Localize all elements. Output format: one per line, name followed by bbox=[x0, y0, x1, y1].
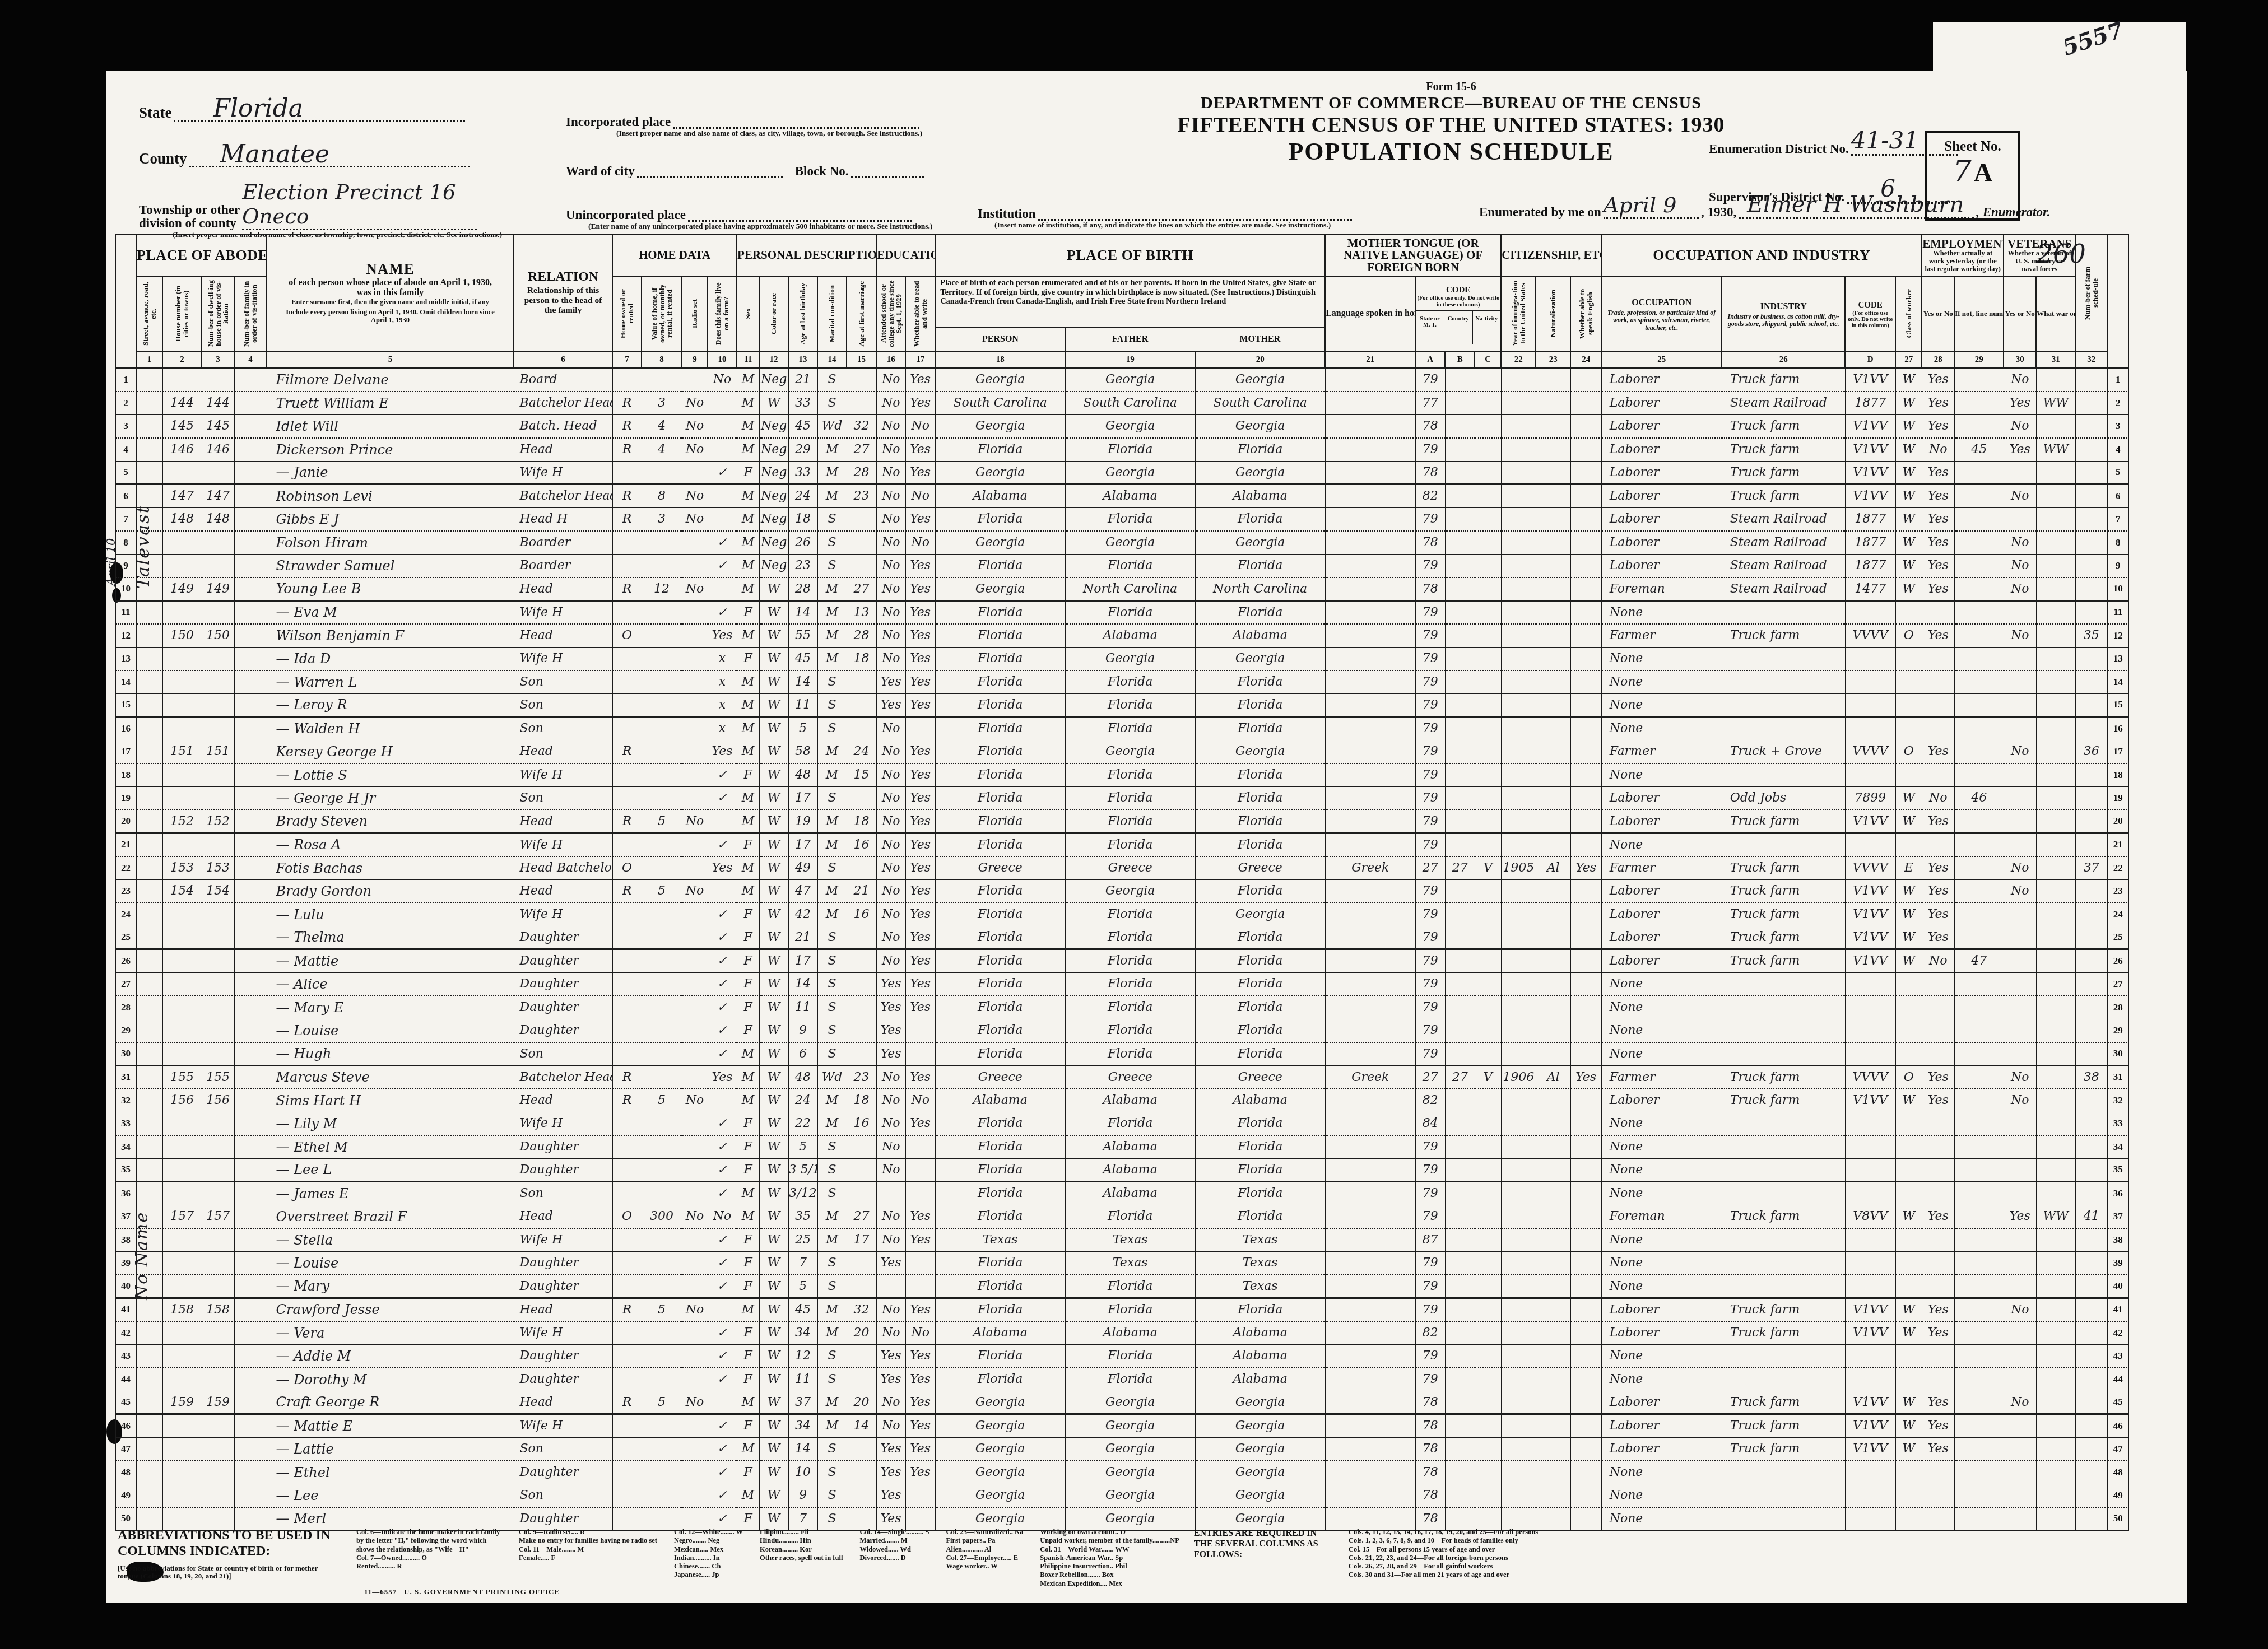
col-value-head: Value of home, if owned, or monthly rent… bbox=[642, 276, 682, 351]
table-row: 24— LuluWife H✓FW42M16NoYesFloridaFlorid… bbox=[115, 903, 2128, 926]
occupation-industry-group: OCCUPATION AND INDUSTRY bbox=[1601, 235, 1922, 276]
population-schedule-table: PLACE OF ABODE NAME of each person whose… bbox=[115, 234, 2129, 1531]
entries-item: Col. 15—For all persons 15 years of age … bbox=[1349, 1545, 1538, 1554]
abbrev-block: Col. 9—Radio set.... RMake no entry for … bbox=[519, 1528, 657, 1588]
col-vet-war-head: What war or expedition? bbox=[2036, 276, 2075, 351]
table-row: 43— Addie MDaughter✓FW12SYesYesFloridaFl… bbox=[115, 1344, 2128, 1368]
personal-description-group: PERSONAL DESCRIPTION bbox=[737, 235, 876, 276]
table-row: 41158158Crawford JesseHeadR5NoMW45M32NoY… bbox=[115, 1298, 2128, 1321]
abbrev-block: Working on own account.. OUnpaid worker,… bbox=[1040, 1528, 1179, 1588]
table-row: 17151151Kersey George HHeadRYesMW58M24No… bbox=[115, 740, 2128, 763]
table-row: 39— LouiseDaughter✓FW7SYesFloridaTexasTe… bbox=[115, 1251, 2128, 1275]
column-number: 23 bbox=[1536, 351, 1570, 368]
table-row: 36— James ESon✓MW3/12SFloridaAlabamaFlor… bbox=[115, 1182, 2128, 1205]
abbrev-block: Filipino......... FilHindu........... Hi… bbox=[760, 1528, 843, 1588]
column-number: 19 bbox=[1065, 351, 1195, 368]
column-number: 6 bbox=[514, 351, 612, 368]
col-school-head: Attended school or college any time sinc… bbox=[876, 276, 905, 351]
entries-item: Cols. 26, 27, 28, and 29—For all gainful… bbox=[1349, 1562, 1538, 1571]
table-row: 1Filmore DelvaneBoardNoMNeg21SNoYesGeorg… bbox=[115, 368, 2128, 392]
census-sheet: 5557 State Florida County Manatee Townsh… bbox=[106, 71, 2187, 1603]
table-row: 29— LouiseDaughter✓FW9SYesFloridaFlorida… bbox=[115, 1019, 2128, 1042]
sd-label: Supervisor's District No. bbox=[1709, 190, 1844, 204]
pob-person-head: PERSON bbox=[936, 328, 1065, 351]
col-sex-head: Sex bbox=[737, 276, 759, 351]
entries-item: Cols. 4, 11, 12, 13, 14, 16, 17, 18, 19,… bbox=[1349, 1528, 1538, 1536]
institution-label: Institution bbox=[978, 207, 1036, 221]
col-color-head: Color or race bbox=[759, 276, 788, 351]
column-number: B bbox=[1445, 351, 1475, 368]
col-read-write-head: Whether able to read and write bbox=[905, 276, 935, 351]
table-row: 38— StellaWife H✓FW25M17NoYesTexasTexasT… bbox=[115, 1228, 2128, 1252]
col-owned-head: Home owned or rented bbox=[612, 276, 642, 351]
pob-mother-head: MOTHER bbox=[1195, 328, 1324, 351]
county-value: Manatee bbox=[220, 140, 330, 169]
col-age-marriage-head: Age at first marriage bbox=[847, 276, 876, 351]
county-field: County Manatee bbox=[139, 143, 470, 167]
name-column-head: NAME of each person whose place of abode… bbox=[267, 235, 514, 351]
column-number: 26 bbox=[1722, 351, 1845, 368]
abbrev-block: Col. 12—White........ WNegro........ Neg… bbox=[674, 1528, 743, 1588]
education-group: EDUCATION bbox=[876, 235, 935, 276]
form-number: Form 15-6 bbox=[1087, 81, 1815, 94]
entries-item: Cols. 30 and 31—For all men 21 years of … bbox=[1349, 1571, 1538, 1579]
employment-group: EMPLOYMENT Whether actually at work yest… bbox=[1922, 235, 2004, 276]
corner-scribble: 5557 bbox=[2059, 17, 2126, 61]
ward-field: Ward of city Block No. bbox=[566, 165, 924, 178]
col-age-head: Age at last birthday bbox=[788, 276, 817, 351]
table-row: 46— Mattie EWife H✓FW34M14NoYesGeorgiaGe… bbox=[115, 1414, 2128, 1438]
column-number: C bbox=[1475, 351, 1501, 368]
census-scan-page: { "form": { "form_no": "Form 15-6", "dep… bbox=[0, 0, 2268, 1649]
table-row: 18— Lottie SWife H✓FW48M15NoYesFloridaFl… bbox=[115, 763, 2128, 787]
table-row: 23154154Brady GordonHeadR5NoMW47M21NoYes… bbox=[115, 879, 2128, 903]
place-of-abode-group: PLACE OF ABODE bbox=[136, 235, 267, 276]
sheet-value: 7 bbox=[1953, 155, 1972, 188]
code-abc-head: CODE (For office use only. Do not write … bbox=[1415, 276, 1501, 351]
table-row: 34— Ethel MDaughter✓FW5SNoFloridaAlabama… bbox=[115, 1135, 2128, 1159]
state-label: State bbox=[139, 104, 171, 121]
col-language-head: Language spoken in home before coming to… bbox=[1325, 276, 1415, 351]
column-number: 3 bbox=[202, 351, 234, 368]
column-number: 16 bbox=[876, 351, 905, 368]
abbrev-block: Col. 14—Single.......... SMarried.......… bbox=[859, 1528, 929, 1588]
line-number-column-head bbox=[115, 235, 136, 368]
column-number: 31 bbox=[2036, 351, 2075, 368]
township-field: Township or other division of county Ele… bbox=[139, 180, 502, 239]
footer-abbreviations: ABBREVIATIONS TO BE USED IN COLUMNS INDI… bbox=[118, 1528, 2168, 1588]
table-row: 49— LeeSon✓MW9SYesGeorgiaGeorgiaGeorgia7… bbox=[115, 1484, 2128, 1507]
table-row: 33— Lily MWife H✓FW22M16NoYesFloridaFlor… bbox=[115, 1112, 2128, 1135]
table-row: 48— EthelDaughter✓FW10SYesYesGeorgiaGeor… bbox=[115, 1461, 2128, 1484]
abbrev-blocks: Col. 6—Indicate the home-maker in each f… bbox=[356, 1528, 1179, 1588]
column-number: 18 bbox=[935, 351, 1065, 368]
table-row: 7148148Gibbs E JHead HR3NoMNeg18SNoYesFl… bbox=[115, 507, 2128, 531]
entries-item: Cols. 1, 2, 3, 6, 7, 8, 9, and 10—For he… bbox=[1349, 1536, 1538, 1545]
col-industry-head: INDUSTRY Industry or business, as cotton… bbox=[1722, 276, 1845, 351]
code-c-head: Na-tivity bbox=[1472, 311, 1501, 344]
sheet-label: Sheet No. bbox=[1927, 139, 2018, 155]
enumerated-label: Enumerated by me on bbox=[1479, 205, 1601, 219]
column-number: 20 bbox=[1195, 351, 1325, 368]
schedule-title: POPULATION SCHEDULE bbox=[1087, 137, 1815, 166]
column-number: 25 bbox=[1601, 351, 1722, 368]
abbrev-block: Col. 23—Naturalized.. NaFirst papers.. P… bbox=[946, 1528, 1023, 1588]
form-title-block: Form 15-6 DEPARTMENT OF COMMERCE—BUREAU … bbox=[1087, 81, 1815, 166]
column-number: 12 bbox=[759, 351, 788, 368]
unincorporated-note: (Enter name of any unincorporated place … bbox=[588, 222, 932, 231]
table-row: 3145145Idlet WillBatch. HeadR4NoMNeg45Wd… bbox=[115, 414, 2128, 438]
table-row: 14— Warren LSonxMW14SYesYesFloridaFlorid… bbox=[115, 670, 2128, 694]
table-row: 5— JanieWife H✓FNeg33M28NoYesGeorgiaGeor… bbox=[115, 461, 2128, 485]
table-row: 15— Leroy RSonxMW11SYesYesFloridaFlorida… bbox=[115, 693, 2128, 717]
incorporated-note: (Insert proper name and also name of cla… bbox=[616, 129, 922, 138]
table-row: 50— MerlDaughter✓FW7SYesGeorgiaGeorgiaGe… bbox=[115, 1507, 2128, 1531]
table-row: 45159159Craft George RHeadR5NoMW37M20NoY… bbox=[115, 1391, 2128, 1414]
table-row: 37157157Overstreet Brazil FHeadO300NoNoM… bbox=[115, 1205, 2128, 1228]
col-immigration-head: Year of immigra-tion to the United State… bbox=[1501, 276, 1536, 351]
col-farm-head: Does this family live on a farm? bbox=[708, 276, 737, 351]
home-data-group: HOME DATA bbox=[612, 235, 737, 276]
table-row: 25— ThelmaDaughter✓FW21SNoYesFloridaFlor… bbox=[115, 926, 2128, 949]
table-row: 19— George H JrSon✓MW17SNoYesFloridaFlor… bbox=[115, 786, 2128, 810]
table-row: 21— Rosa AWife H✓FW17M16NoYesFloridaFlor… bbox=[115, 833, 2128, 856]
table-row: 40— MaryDaughter✓FW5SFloridaFloridaTexas… bbox=[115, 1275, 2128, 1298]
table-row: 47— LattieSon✓MW14SYesYesGeorgiaGeorgiaG… bbox=[115, 1437, 2128, 1461]
ed-label: Enumeration District No. bbox=[1709, 142, 1849, 156]
column-number: 27 bbox=[1895, 351, 1922, 368]
table-row: 35— Lee LDaughter✓FW3 5/12SNoFloridaAlab… bbox=[115, 1158, 2128, 1182]
township-label: Township or other bbox=[139, 203, 240, 217]
code-b-head: Country bbox=[1444, 311, 1472, 344]
column-number: D bbox=[1845, 351, 1895, 368]
gpo-print-code: 11—6557 U. S. GOVERNMENT PRINTING OFFICE bbox=[364, 1587, 560, 1596]
ed-field: Enumeration District No. 41-31 bbox=[1709, 127, 1958, 156]
table-row: 12150150Wilson Benjamin FHeadOYesMW55M28… bbox=[115, 624, 2128, 648]
column-number: A bbox=[1415, 351, 1445, 368]
column-number-row: 123456789101112131415161718192021ABC2223… bbox=[115, 351, 2128, 368]
census-rows: 1Filmore DelvaneBoardNoMNeg21SNoYesGeorg… bbox=[115, 368, 2128, 1530]
column-number: 30 bbox=[2004, 351, 2036, 368]
township-value: Election Precinct 16 Oneco bbox=[242, 180, 456, 229]
col-radio-head: Radio set bbox=[682, 276, 708, 351]
col-vet-yesno-head: Yes or No bbox=[2004, 276, 2036, 351]
institution-field: Institution (Insert name of institution,… bbox=[978, 207, 1352, 230]
table-row: 9Strawder SamuelBoarder✓MNeg23SNoYesFlor… bbox=[115, 554, 2128, 577]
mother-tongue-group: MOTHER TONGUE (OR NATIVE LANGUAGE) OF FO… bbox=[1325, 235, 1501, 276]
column-number: 2 bbox=[162, 351, 202, 368]
table-row: 8Folson HiramBoarder✓MNeg26SNoNoGeorgiaG… bbox=[115, 531, 2128, 555]
col-dwelling-head: Num-ber of dwell-ing house in order of v… bbox=[202, 276, 234, 351]
table-row: 44— Dorothy MDaughter✓FW11SYesYesFlorida… bbox=[115, 1368, 2128, 1391]
place-of-birth-subhead: Place of birth of each person enumerated… bbox=[935, 276, 1325, 351]
entries-item: Cols. 21, 22, 23, and 24—For all foreign… bbox=[1349, 1554, 1538, 1562]
column-number: 17 bbox=[905, 351, 935, 368]
incorporated-field: Incorporated place (Insert proper name a… bbox=[566, 115, 922, 138]
column-number: 5 bbox=[267, 351, 514, 368]
state-value: Florida bbox=[213, 94, 303, 123]
table-row: 20152152Brady StevenHeadR5NoMW19M18NoYes… bbox=[115, 810, 2128, 833]
paper-corner: 5557 bbox=[1933, 22, 2186, 74]
col-family-head: Num-ber of family in order of vis-itatio… bbox=[234, 276, 267, 351]
sd-value: 6 bbox=[1880, 175, 1895, 202]
place-of-birth-group: PLACE OF BIRTH bbox=[935, 235, 1325, 276]
column-number: 1 bbox=[136, 351, 162, 368]
table-row: 6147147Robinson LeviBatchelor HeadR8NoMN… bbox=[115, 485, 2128, 508]
sheet-letter: A bbox=[1974, 158, 1992, 187]
table-row: 10149149Young Lee BHeadR12NoMW28M27NoYes… bbox=[115, 577, 2128, 601]
unincorporated-field: Unincorporated place (Enter name of any … bbox=[566, 208, 932, 231]
col-street-head: Street, avenue, road, etc. bbox=[136, 276, 162, 351]
veterans-group: VETERANS Whether a veteran of U. S. mili… bbox=[2004, 235, 2075, 276]
column-number: 11 bbox=[737, 351, 759, 368]
state-field: State Florida bbox=[139, 97, 465, 122]
sheet-number-box: Sheet No. 7 A bbox=[1925, 131, 2020, 221]
sd-field: Supervisor's District No. 6 bbox=[1709, 175, 1948, 204]
column-number: 28 bbox=[1922, 351, 1954, 368]
ed-value: 41-31 bbox=[1851, 127, 1919, 154]
column-number: 15 bbox=[847, 351, 876, 368]
column-number: 10 bbox=[708, 351, 737, 368]
census-title: FIFTEENTH CENSUS OF THE UNITED STATES: 1… bbox=[1087, 113, 1815, 137]
table-row: 30— HughSon✓MW6SYesFloridaFloridaFlorida… bbox=[115, 1042, 2128, 1066]
column-number: 24 bbox=[1570, 351, 1601, 368]
table-row: 28— Mary EDaughter✓FW11SYesYesFloridaFlo… bbox=[115, 996, 2128, 1019]
col-house-head: House number (in cities or towns) bbox=[162, 276, 202, 351]
col-emp-yesno-head: Yes or No bbox=[1922, 276, 1954, 351]
incorporated-label: Incorporated place bbox=[566, 115, 671, 129]
abbrev-title: ABBREVIATIONS TO BE USED IN COLUMNS INDI… bbox=[118, 1528, 342, 1559]
citizenship-group: CITIZENSHIP, ETC. bbox=[1501, 235, 1601, 276]
col-occupation-head: OCCUPATION Trade, profession, or particu… bbox=[1601, 276, 1722, 351]
column-number: 32 bbox=[2075, 351, 2107, 368]
column-number: 9 bbox=[682, 351, 708, 368]
farm-schedule-column-head: Num-ber of farm sched-ule bbox=[2075, 235, 2107, 351]
unincorporated-label: Unincorporated place bbox=[566, 208, 686, 222]
enumeration-date: April 9 bbox=[1604, 193, 1677, 217]
table-row: 4146146Dickerson PrinceHeadR4NoMNeg29M27… bbox=[115, 438, 2128, 462]
col-english-head: Whether able to speak English bbox=[1570, 276, 1601, 351]
table-row: 11— Eva MWife H✓FW14M13NoYesFloridaFlori… bbox=[115, 600, 2128, 624]
column-number: 13 bbox=[788, 351, 817, 368]
line-number-column-head-right bbox=[2107, 235, 2128, 368]
col-class-worker-head: Class of worker bbox=[1895, 276, 1922, 351]
entries-title: ENTRIES ARE REQUIRED IN THE SEVERAL COLU… bbox=[1194, 1528, 1334, 1561]
code-a-head: State or M. T. bbox=[1416, 311, 1444, 344]
table-row: 26— MattieDaughter✓FW17SNoYesFloridaFlor… bbox=[115, 949, 2128, 973]
pob-father-head: FATHER bbox=[1065, 328, 1195, 351]
table-row: 16— Walden HSonxMW5SNoFloridaFloridaFlor… bbox=[115, 717, 2128, 740]
table-row: 27— AliceDaughter✓FW14SYesYesFloridaFlor… bbox=[115, 972, 2128, 996]
institution-note: (Insert name of institution, if any, and… bbox=[994, 221, 1352, 230]
county-label: County bbox=[139, 150, 187, 167]
column-number: 22 bbox=[1501, 351, 1536, 368]
column-number: 7 bbox=[612, 351, 642, 368]
abbrev-block: Col. 6—Indicate the home-maker in each f… bbox=[356, 1528, 502, 1588]
relation-column-head: RELATION Relationship of this person to … bbox=[514, 235, 612, 351]
table-row: 32156156Sims Hart HHeadR5NoMW24M18NoNoAl… bbox=[115, 1089, 2128, 1112]
table-row: 22153153Fotis BachasHead BatchelorOYesMW… bbox=[115, 856, 2128, 880]
column-number: 14 bbox=[817, 351, 847, 368]
col-naturalization-head: Naturali-zation bbox=[1536, 276, 1570, 351]
column-number: 21 bbox=[1325, 351, 1415, 368]
table-row: 42— VeraWife H✓FW34M20NoNoAlabamaAlabama… bbox=[115, 1321, 2128, 1345]
entries-list: Cols. 4, 11, 12, 13, 14, 16, 17, 18, 19,… bbox=[1349, 1528, 1538, 1580]
column-number: 29 bbox=[1954, 351, 2004, 368]
column-number: 8 bbox=[642, 351, 682, 368]
table-row: 13— Ida DWife HxFW45M18NoYesFloridaGeorg… bbox=[115, 647, 2128, 670]
col-emp-line-head: If not, line number on Unemployment Sche… bbox=[1954, 276, 2004, 351]
table-row: 31155155Marcus SteveBatchelor HeadRYesMW… bbox=[115, 1065, 2128, 1089]
abbrev-note: [Use no abbreviations for State or count… bbox=[118, 1564, 331, 1581]
col-code-d-head: CODE (For office use only. Do not write … bbox=[1845, 276, 1895, 351]
table-row: 2144144Truett William EBatchelor HeadR3N… bbox=[115, 392, 2128, 415]
department-title: DEPARTMENT OF COMMERCE—BUREAU OF THE CEN… bbox=[1087, 94, 1815, 113]
col-marital-head: Marital con-dition bbox=[817, 276, 847, 351]
block-label: Block No. bbox=[795, 164, 849, 178]
column-number: 4 bbox=[234, 351, 267, 368]
ward-label: Ward of city bbox=[566, 164, 635, 178]
